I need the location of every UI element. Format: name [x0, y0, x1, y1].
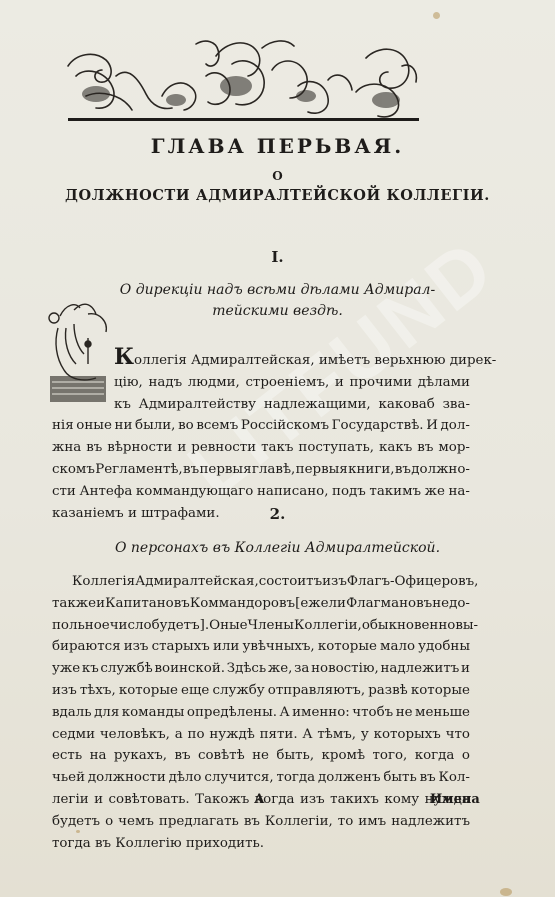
chapter-title: ГЛАВА ПЕРЬВАЯ.	[0, 134, 555, 158]
paragraph: Коллегія Адмиралтейская, имѣетъ верьхнюю…	[52, 350, 470, 524]
section-number: I.	[0, 248, 555, 266]
text-line: естьнарукахъ,въсовѣтѣнебыть,кромѣтого,ко…	[52, 745, 470, 767]
text-line: къАдмиралтействунадлежащими,каковабзва-	[114, 394, 470, 416]
ornamental-headpiece-icon	[66, 36, 421, 124]
section-heading: О персонахъ въ Коллегіи Адмиралтейской.	[0, 538, 555, 559]
text-line: ужекъслужбѣвоинской.Здѣсьже,зановостію,н…	[52, 658, 470, 680]
text-line: вдальдлякомандыопредѣлены.Аименно:чтобън…	[52, 702, 470, 724]
foxing-spot	[500, 888, 512, 896]
chapter-subtitle: ДОЛЖНОСТИ АДМИРАЛТЕЙСКОЙ КОЛЛЕГІИ.	[0, 187, 555, 204]
text-line: жнавъвѣрностииревноститакъпоступать,какъ…	[52, 437, 470, 459]
text-line: изътѣхъ,которыеещеслужбуотправляютъ,разв…	[52, 680, 470, 702]
text-line: скомъРегламентѣ,въпервыяглавѣ,первыякниг…	[52, 459, 470, 481]
text-line: бираютсяизъстарыхъилиувѣчныхъ,которыемал…	[52, 636, 470, 658]
chapter-subtitle-preposition: О	[0, 169, 555, 183]
text-line: ніяоныенибыли,вовсемъРоссійскомъГосударс…	[52, 415, 470, 437]
text-line: чьейдолжностидѣлослучится,тогдадолженъбы…	[52, 767, 470, 789]
catchword: Имена	[430, 792, 480, 807]
text-line: Коллегія Адмиралтейская, имѣетъ верьхнюю…	[114, 350, 470, 372]
signature-mark: А	[254, 792, 265, 807]
text-line: цію,надълюдми,строеніемъ,ипрочимидѣлами	[114, 372, 470, 394]
book-page: LITFUND ГЛАВА П	[0, 0, 555, 897]
text-line: польноечислобудетъ].ОныеЧленыКоллегіи,об…	[52, 615, 470, 637]
text-line: КоллегіяАдмиралтейская,состоитъизъФлагъ-…	[52, 571, 470, 593]
text-line: будетъочемъпредлагатьвъКоллегіи,тоимънад…	[52, 811, 470, 833]
paragraph: КоллегіяАдмиралтейская,состоитъизъФлагъ-…	[52, 571, 470, 854]
text-line: седмичеловѣкъ,апонуждѣпяти.Атѣмъ,укоторы…	[52, 724, 470, 746]
foxing-spot	[433, 12, 440, 19]
text-line: тогда въ Коллегію приходить.	[52, 833, 470, 855]
text-line: стиАнтефакоммандующагонаписано,подътаким…	[52, 481, 470, 503]
drop-cap: К	[114, 344, 134, 370]
section-number: 2.	[0, 505, 555, 523]
section-heading-line: О персонахъ въ Коллегіи Адмиралтейской.	[0, 538, 555, 559]
text-line: такжеиКапитановъКоммандоровъ[ежелиФлагма…	[52, 593, 470, 615]
